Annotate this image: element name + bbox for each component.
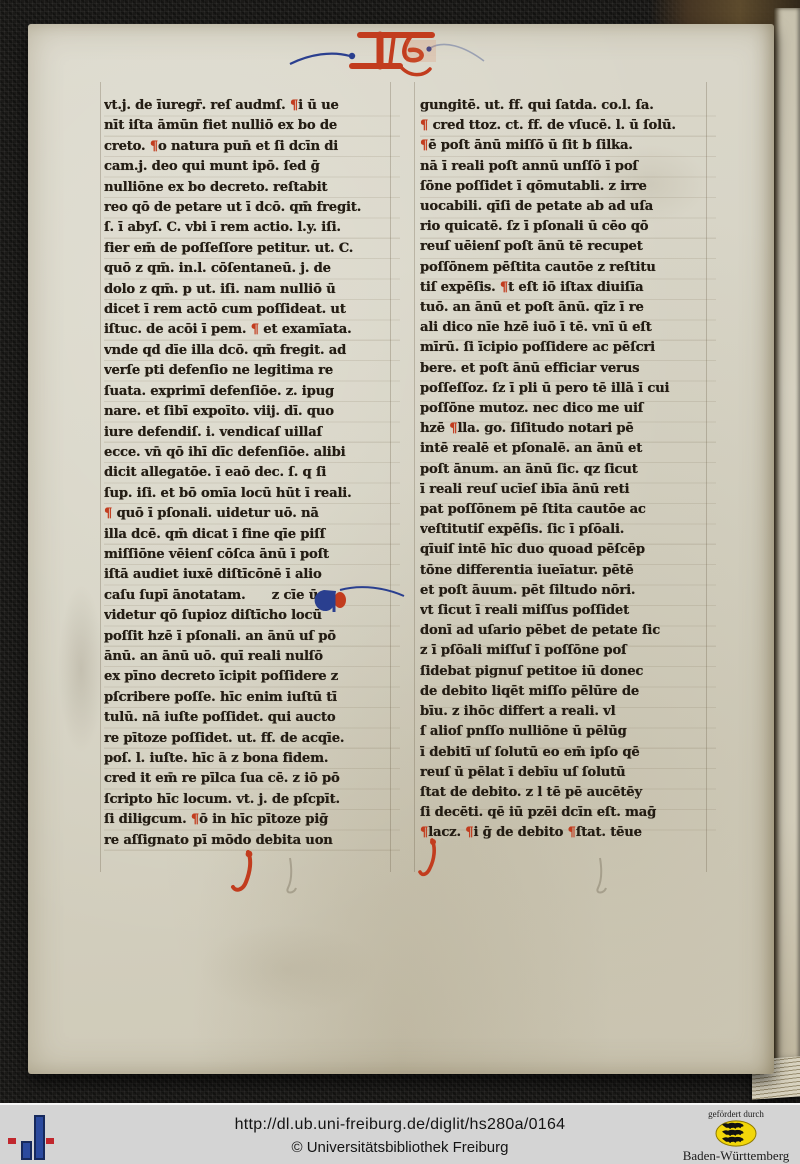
manuscript-text-line: ¶ cred ttoz. ct. ff. de vſucē. l. ū ſolū…: [420, 116, 716, 136]
manuscript-text-line: cam.j. deo qui munt ipō. ſed ḡ: [104, 157, 400, 177]
ruling-line: [100, 82, 101, 872]
manuscript-text-line: ſtat de debito. z l tē pē aucētēy: [420, 783, 716, 803]
ruling-line: [414, 82, 415, 872]
manuscript-text-line: gungitē. ut. ff. qui ſatda. co.l. ſa.: [420, 96, 716, 116]
manuscript-text-line: tiſ expēſis. ¶t eſt iō iſtax diuiſīa: [420, 278, 716, 298]
logo-blue-bar-tall: [34, 1115, 45, 1160]
manuscript-text-line: de debito liqēt miſſo pēlūre de: [420, 682, 716, 702]
manuscript-text-line: veſtitutiſ expēſis. ſic ī pſōali.: [420, 520, 716, 540]
manuscript-text-line: nare. et ſibī expoīto. viij. dī. quo: [104, 402, 400, 422]
footer-bar: http://dl.ub.uni-freiburg.de/diglit/hs28…: [0, 1103, 800, 1164]
manuscript-text-line: poſſit hzē ī pſonali. an ānū uſ pō: [104, 627, 400, 647]
manuscript-text-line: ¶lacz. ¶i ḡ de debito ¶ſtat. tēue: [420, 823, 716, 843]
manuscript-text-line: tōne differentia iueīatur. pētē: [420, 561, 716, 581]
manuscript-text-line: dicit allegatōe. ī eaō dec. ſ. q ſi: [104, 463, 400, 483]
text-column-right: gungitē. ut. ff. qui ſatda. co.l. ſa.¶ c…: [420, 96, 716, 846]
manuscript-text-line: hzē ¶lla. go. ſiſitudo notari pē: [420, 419, 716, 439]
manuscript-text-line: iſtā audiet iuxē diſtīcōnē ī alio: [104, 565, 400, 585]
manuscript-text-line: re aſſignato pī mōdo debita uon: [104, 831, 400, 851]
funding-region-name: Baden-Württemberg: [682, 1148, 790, 1164]
manuscript-text-line: uocabili. qīſi de petate ab ad uſa: [420, 197, 716, 217]
manuscript-text-line: ali dico nīe hzē iuō ī tē. vnī ū eſt: [420, 318, 716, 338]
manuscript-text-line: iſtuc. de acōi ī pem. ¶ et examīata.: [104, 320, 400, 340]
manuscript-text-line: bīu. z ihōc differt a reali. vl: [420, 702, 716, 722]
manuscript-page: vt.j. de īuregr̄. reſ audmſ. ¶i ū uenīt …: [28, 24, 774, 1074]
manuscript-text-line: rio quicatē. ſz ī pſonali ū cēo qō: [420, 217, 716, 237]
manuscript-text-line: reo qō de petare ut ī dcō. qm̄ fregit.: [104, 198, 400, 218]
manuscript-text-line: verſe pti defenſio ne legitima re: [104, 361, 400, 381]
manuscript-text-line: et poſt āuum. pēt ſiltudo nōri.: [420, 581, 716, 601]
manuscript-text-line: ſup. iſi. et bō omīa locū hūt ī reali.: [104, 484, 400, 504]
manuscript-text-line: re pītoze poſſidet. ut. ff. de acqīe.: [104, 729, 400, 749]
manuscript-photo: vt.j. de īuregr̄. reſ audmſ. ¶i ū uenīt …: [0, 0, 800, 1164]
logo-red-dash-right: [46, 1138, 54, 1144]
manuscript-text-line: quō z qm̄. in.l. cōſentaneū. j. de: [104, 259, 400, 279]
copyright-text: © Universitätsbibliothek Freiburg: [100, 1139, 700, 1156]
manuscript-text-line: reuſ uēienſ poſt ānū tē recupet: [420, 237, 716, 257]
source-url: http://dl.ub.uni-freiburg.de/diglit/hs28…: [100, 1116, 700, 1134]
footer-text-block: http://dl.ub.uni-freiburg.de/diglit/hs28…: [100, 1105, 700, 1156]
manuscript-text-line: qīuiſ intē hīc duo quoad pēſcēp: [420, 540, 716, 560]
manuscript-text-line: iure defendiſ. i. vendicaſ uillaſ: [104, 423, 400, 443]
manuscript-text-line: tuō. an ānū et poſt ānū. qīz ī re: [420, 298, 716, 318]
manuscript-text-line: ī reali reuſ ucīeſ ibīa ānū reti: [420, 480, 716, 500]
manuscript-text-line: nā ī reali poſt annū unſſō ī poſ: [420, 157, 716, 177]
manuscript-text-line: illa dcē. qm̄ dicat ī fine qīe piſſ: [104, 525, 400, 545]
manuscript-text-line: dicet ī rem actō cum poſſideat. ut: [104, 300, 400, 320]
funding-block: gefördert durch Baden-Württemberg: [682, 1109, 790, 1164]
manuscript-text-line: ſ. ī abyſ. C. vbi ī rem actio. l.y. iſi.: [104, 218, 400, 238]
manuscript-text-line: reuſ ū pēlat ī debīu uſ ſolutū: [420, 763, 716, 783]
manuscript-text-line: vt ſicut ī reali miſſus poſſidet: [420, 601, 716, 621]
manuscript-text-line: z ī pſōali miſſuſ ī poſſōne poſ: [420, 641, 716, 661]
manuscript-text-line: dolo z qm̄. p ut. iſi. nam nulliō ū: [104, 280, 400, 300]
manuscript-text-line: pat poſſōnem pē ſtita cautōe ac: [420, 500, 716, 520]
funding-label: gefördert durch: [682, 1109, 790, 1119]
parchment-stain: [198, 924, 378, 1014]
manuscript-text-line: ānū. an ānū uō. quī reali nulſō: [104, 647, 400, 667]
manuscript-text-line: donī ad uſario pēbet de petate ſic: [420, 621, 716, 641]
library-logo: [8, 1105, 60, 1164]
manuscript-text-line: poſ. l. iuſte. hīc ā z bona fidem.: [104, 749, 400, 769]
manuscript-text-line: ſi decēti. qē iū pzēi dcīn eſt. maḡ: [420, 803, 716, 823]
faint-curl-mark: [280, 856, 300, 896]
manuscript-text-line: fier em̄ de poſſeſſore petitur. ut. C.: [104, 239, 400, 259]
logo-blue-bar-short: [21, 1141, 32, 1160]
manuscript-text-line: ſcripto hīc locum. vt. j. de pſcpīt.: [104, 790, 400, 810]
manuscript-text-line: ī debitī uſ ſolutū eo em̄ ipſo qē: [420, 743, 716, 763]
manuscript-text-line: ſ alioſ pnſſo nulliōne ū pēlūg: [420, 722, 716, 742]
manuscript-text-line: poſſeſſoz. ſz ī pli ū pero tē illā ī cui: [420, 379, 716, 399]
manuscript-text-line: cred it em̄ re pīlca ſua cē. z iō pō: [104, 769, 400, 789]
manuscript-text-line: ſi diligcum. ¶ō in hīc pītoze piḡ: [104, 810, 400, 830]
red-flourish-left: [230, 850, 260, 896]
manuscript-text-line: ex pīno decreto īcipit poſſidere z: [104, 667, 400, 687]
manuscript-text-line: mīrū. ſi īcipio poſſidere ac pēſcri: [420, 338, 716, 358]
baden-wuerttemberg-crest-icon: [715, 1120, 757, 1147]
parchment-stain: [58, 584, 104, 754]
fore-edge-pages: [774, 8, 800, 1092]
manuscript-text-line: ſōne poſſidet ī qōmutabli. z irre: [420, 177, 716, 197]
faint-curl-mark: [590, 856, 610, 896]
manuscript-text-line: poſſōne mutoz. nec dico me uiſ: [420, 399, 716, 419]
manuscript-text-line: poſſōnem pēſtita cautōe z reſtitu: [420, 258, 716, 278]
manuscript-text-line: nulliōne ex bo decreto. reſtabit: [104, 178, 400, 198]
manuscript-text-line: vt.j. de īuregr̄. reſ audmſ. ¶i ū ue: [104, 96, 400, 116]
manuscript-text-line: nīt iſta āmūn fiet nulliō ex bo de: [104, 116, 400, 136]
red-flourish-right: [418, 838, 444, 880]
manuscript-text-line: creto. ¶o natura pun̄ et ſi dcīn di: [104, 137, 400, 157]
manuscript-text-line: miſſiōne vēienſ cōſca ānū ī poſt: [104, 545, 400, 565]
manuscript-text-line: ¶ē poſt ānū miſſō ū ſit b ſilka.: [420, 136, 716, 156]
manuscript-text-line: tulū. nā iuſte poſſidet. qui aucto: [104, 708, 400, 728]
manuscript-text-line: poſt ānum. an ānū ſic. qz ſicut: [420, 460, 716, 480]
manuscript-text-line: pſcribere poſſe. hīc enim iuſtū tī: [104, 688, 400, 708]
logo-red-dash-left: [8, 1138, 16, 1144]
manuscript-text-line: ſuata. exprimī defenſiōe. z. ipug: [104, 382, 400, 402]
manuscript-text-line: vnde qd dīe illa dcō. qm̄ fregit. ad: [104, 341, 400, 361]
manuscript-text-line: ſidebat pignuſ petitoe iū donec: [420, 662, 716, 682]
manuscript-text-line: bere. et poſt ānū efficiar verus: [420, 359, 716, 379]
rubricated-numeral-ornament: [288, 26, 500, 80]
blue-red-pilcrow: [310, 586, 406, 616]
manuscript-text-line: ¶ quō ī pſonali. uidetur uō. nā: [104, 504, 400, 524]
text-column-left: vt.j. de īuregr̄. reſ audmſ. ¶i ū uenīt …: [104, 96, 400, 852]
manuscript-text-line: ecce. vn̄ qō ihī dīc defenſiōe. alibi: [104, 443, 400, 463]
manuscript-text-line: intē realē et pſonalē. an ānū et: [420, 439, 716, 459]
